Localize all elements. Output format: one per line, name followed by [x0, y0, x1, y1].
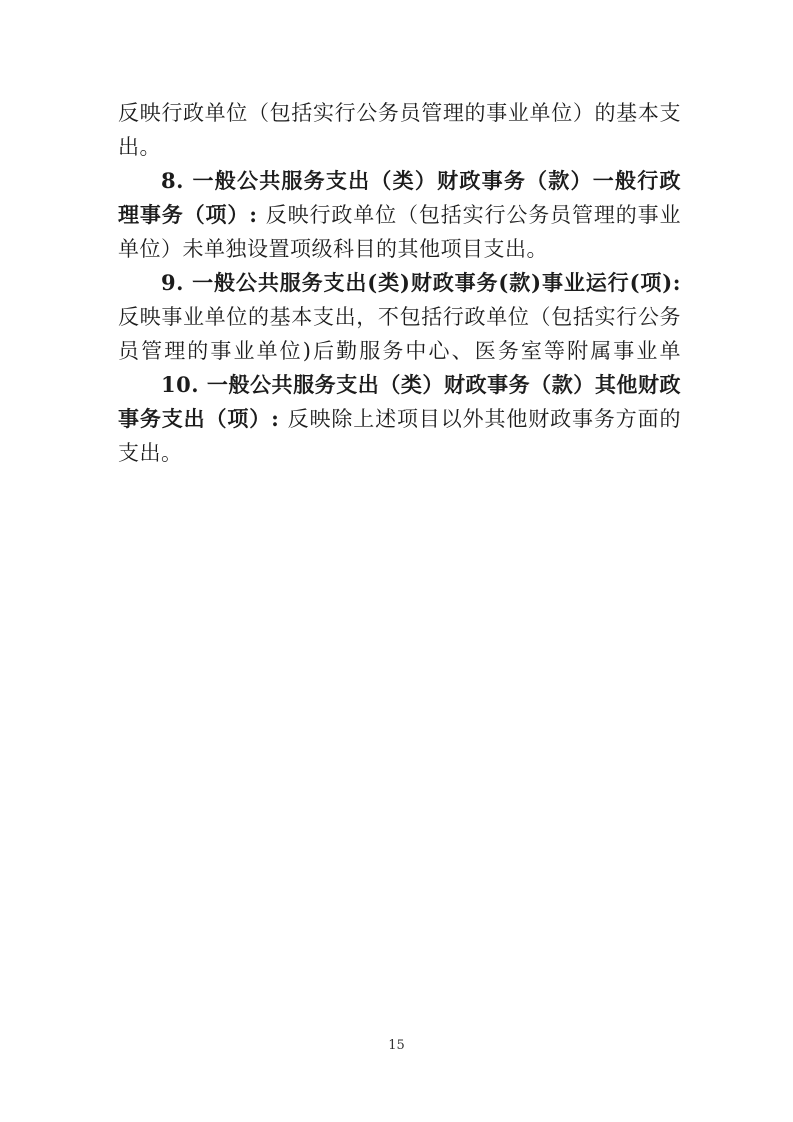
text-run: 支出。: [118, 441, 183, 465]
para-basic-expenditure-continuation-line-0: 反映行政单位（包括实行公务员管理的事业单位）的基本支: [118, 96, 681, 130]
text-run: 单位）未单独设置项级科目的其他项目支出。: [118, 237, 548, 261]
para-item-10-line-1: 事务支出（项）: 反映除上述项目以外其他财政事务方面的: [118, 402, 681, 436]
para-item-10-line-2: 支出。: [118, 436, 681, 470]
text-run-bold: 理事务（项）:: [118, 202, 266, 227]
para-item-9-line-1: 反映事业单位的基本支出，不包括行政单位（包括实行公务: [118, 300, 681, 334]
para-basic-expenditure-continuation-line-1: 出。: [118, 130, 681, 164]
text-run: 反映行政单位（包括实行公务员管理的事业单位）的基本支: [118, 101, 681, 125]
text-block: 反映行政单位（包括实行公务员管理的事业单位）的基本支出。8. 一般公共服务支出（…: [118, 96, 681, 470]
para-item-8-line-0: 8. 一般公共服务支出（类）财政事务（款）一般行政管: [118, 164, 681, 198]
para-item-9-line-0: 9. 一般公共服务支出(类)财政事务(款)事业运行(项):: [118, 266, 681, 300]
para-item-9-line-2: 员管理的事业单位)后勤服务中心、医务室等附属事业单位。: [118, 334, 681, 368]
text-run-bold: 事务支出（项）:: [118, 406, 288, 431]
text-run-bold: 9. 一般公共服务支出(类)财政事务(款)事业运行(项):: [161, 270, 681, 295]
text-run-bold: 10. 一般公共服务支出（类）财政事务（款）其他财政: [161, 372, 681, 397]
text-run: 反映行政单位（包括实行公务员管理的事业: [266, 203, 681, 227]
text-run: 员管理的事业单位)后勤服务中心、医务室等附属事业单位。: [118, 339, 681, 368]
text-run: 反映事业单位的基本支出，不包括行政单位（包括实行公务: [118, 305, 681, 329]
text-run: 反映除上述项目以外其他财政事务方面的: [288, 407, 681, 431]
para-item-10-line-0: 10. 一般公共服务支出（类）财政事务（款）其他财政: [118, 368, 681, 402]
text-run: 出。: [118, 135, 161, 159]
page-footer: 15: [0, 1038, 793, 1053]
page-number: 15: [388, 1038, 405, 1053]
document-page: 反映行政单位（包括实行公务员管理的事业单位）的基本支出。8. 一般公共服务支出（…: [0, 0, 793, 1122]
text-run-bold: 8. 一般公共服务支出（类）财政事务（款）一般行政管: [161, 168, 681, 198]
para-item-8-line-2: 单位）未单独设置项级科目的其他项目支出。: [118, 232, 681, 266]
para-item-8-line-1: 理事务（项）: 反映行政单位（包括实行公务员管理的事业: [118, 198, 681, 232]
